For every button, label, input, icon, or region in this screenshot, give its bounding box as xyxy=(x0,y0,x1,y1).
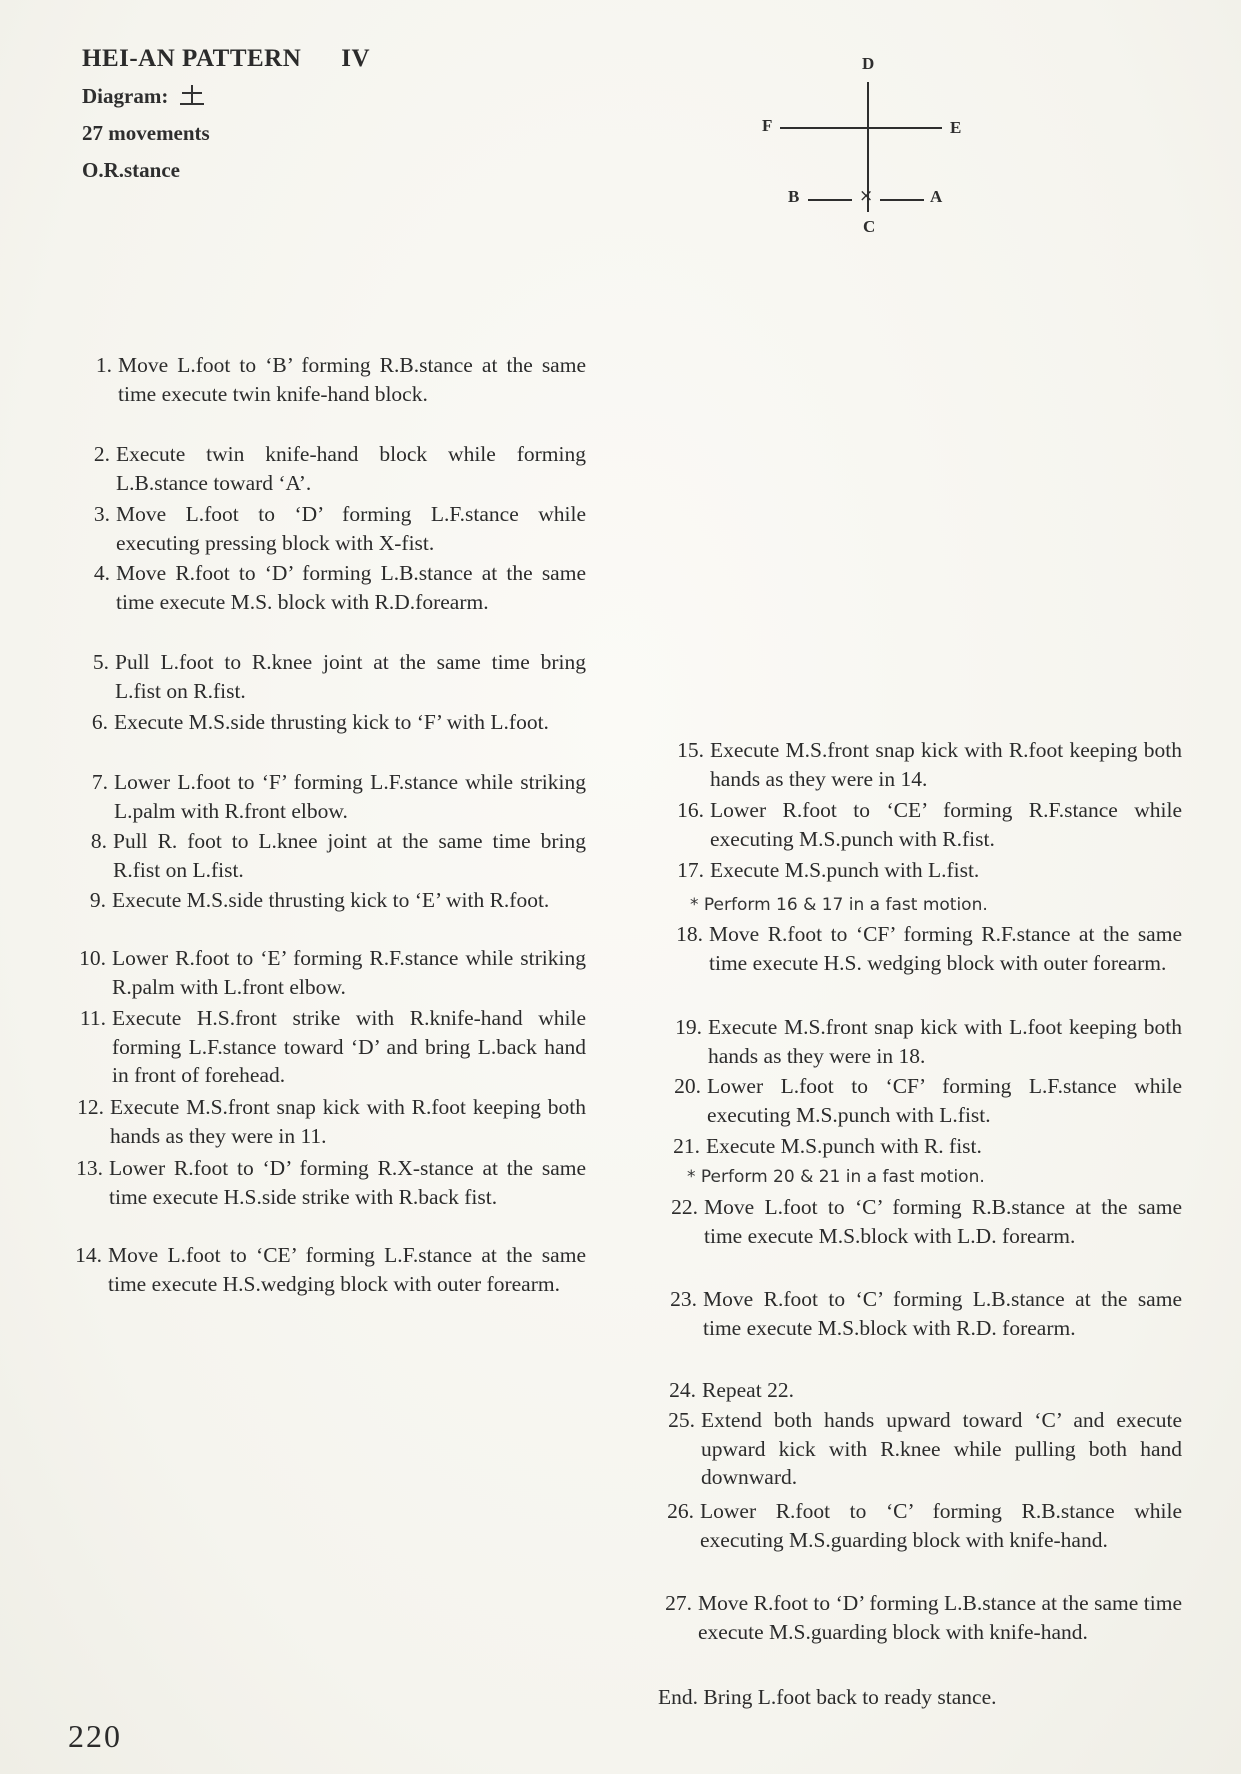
movement-number: 5. xyxy=(69,648,109,677)
direction-label-c: C xyxy=(863,217,875,237)
movement-item: 4. Move R.foot to ‘D’ forming L.B.stance… xyxy=(116,559,586,616)
movement-number: 25. xyxy=(655,1406,695,1435)
diagram-label: Diagram: xyxy=(82,84,168,108)
movement-item: 23. Move R.foot to ‘C’ forming L.B.stanc… xyxy=(703,1285,1182,1342)
movement-text: Move R.foot to ‘D’ forming L.B.stance at… xyxy=(698,1591,1182,1644)
movement-text: Pull R. foot to L.knee joint at the same… xyxy=(113,829,586,882)
movement-text: Pull L.foot to R.knee joint at the same … xyxy=(115,650,586,703)
movement-item: 19. Execute M.S.front snap kick with L.f… xyxy=(708,1013,1182,1070)
movement-text: Move R.foot to ‘D’ forming L.B.stance at… xyxy=(116,561,586,614)
movement-number: 14. xyxy=(62,1241,102,1270)
stance-label: O.R.stance xyxy=(82,152,370,189)
a-line xyxy=(880,199,924,201)
movement-item: 22. Move L.foot to ‘C’ forming R.B.stanc… xyxy=(704,1193,1182,1250)
movement-item: 21. Execute M.S.punch with R. fist. xyxy=(706,1132,1182,1161)
movement-item: 12. Execute M.S.front snap kick with R.f… xyxy=(110,1093,586,1150)
page-number: 220 xyxy=(68,1718,122,1755)
movement-item: 10. Lower R.foot to ‘E’ forming R.F.stan… xyxy=(112,944,586,1001)
movement-text: Execute M.S.punch with R. fist. xyxy=(706,1134,982,1158)
movement-text: Extend both hands upward toward ‘C’ and … xyxy=(701,1408,1182,1489)
movement-item: 18. Move R.foot to ‘CF’ forming R.F.stan… xyxy=(709,920,1182,977)
movement-item: 20. Lower L.foot to ‘CF’ forming L.F.sta… xyxy=(707,1072,1182,1129)
end-line: End. Bring L.foot back to ready stance. xyxy=(658,1683,1178,1712)
movement-text: Move L.foot to ‘C’ forming R.B.stance at… xyxy=(704,1195,1182,1248)
horizontal-line xyxy=(780,127,942,129)
movement-text: Move L.foot to ‘CE’ forming L.F.stance a… xyxy=(108,1243,586,1296)
movement-number: 26. xyxy=(654,1497,694,1526)
movement-item: 5. Pull L.foot to R.knee joint at the sa… xyxy=(115,648,586,705)
movement-number: 4. xyxy=(70,559,110,588)
movement-text: Move R.foot to ‘C’ forming L.B.stance at… xyxy=(703,1287,1182,1340)
movement-text: Lower R.foot to ‘E’ forming R.F.stance w… xyxy=(112,946,586,999)
movement-number: 24. xyxy=(656,1376,696,1405)
movement-number: 12. xyxy=(64,1093,104,1122)
movement-number: 7. xyxy=(68,768,108,797)
movement-number: 15. xyxy=(664,736,704,765)
start-point-x-icon: × xyxy=(859,186,873,206)
tu-character-icon xyxy=(180,85,204,105)
direction-label-e: E xyxy=(950,118,961,138)
movement-number: 6. xyxy=(68,708,108,737)
movement-number: 23. xyxy=(657,1285,697,1314)
movement-number: 9. xyxy=(66,886,106,915)
movement-number: 17. xyxy=(664,856,704,885)
movement-item: 17. Execute M.S.punch with L.fist. xyxy=(710,856,1182,885)
movement-item: 15. Execute M.S.front snap kick with R.f… xyxy=(710,736,1182,793)
b-line xyxy=(808,199,852,201)
movement-number: 19. xyxy=(662,1013,702,1042)
movement-number: 22. xyxy=(658,1193,698,1222)
movement-item: 2. Execute twin knife-hand block while f… xyxy=(116,440,586,497)
pattern-header: HEI-AN PATTERNIV Diagram: 27 movements O… xyxy=(82,44,370,189)
direction-label-b: B xyxy=(788,187,799,207)
movement-item: 11. Execute H.S.front strike with R.knif… xyxy=(112,1004,586,1090)
movement-item: 3. Move L.foot to ‘D’ forming L.F.stance… xyxy=(116,500,586,557)
movement-text: Execute twin knife-hand block while form… xyxy=(116,442,586,495)
movement-item: 13. Lower R.foot to ‘D’ forming R.X-stan… xyxy=(109,1154,586,1211)
movement-item: 16. Lower R.foot to ‘CE’ forming R.F.sta… xyxy=(710,796,1182,853)
movement-item: 1. Move L.foot to ‘B’ forming R.B.stance… xyxy=(118,351,586,408)
movement-number: 11. xyxy=(66,1004,106,1033)
direction-diagram: D F E B × A C xyxy=(740,50,980,250)
movement-text: Move L.foot to ‘D’ forming L.F.stance wh… xyxy=(116,502,586,555)
page-title: HEI-AN PATTERNIV xyxy=(82,44,370,74)
movement-text: Lower R.foot to ‘CE’ forming R.F.stance … xyxy=(710,798,1182,851)
movement-item: 7. Lower L.foot to ‘F’ forming L.F.stanc… xyxy=(114,768,586,825)
title-roman-numeral: IV xyxy=(341,45,370,72)
movement-item: 8. Pull R. foot to L.knee joint at the s… xyxy=(113,827,586,884)
movement-text: Execute M.S.front snap kick with L.foot … xyxy=(708,1015,1182,1068)
movement-number: 1. xyxy=(72,351,112,380)
movement-number: 27. xyxy=(652,1589,692,1618)
movement-text: Lower L.foot to ‘CF’ forming L.F.stance … xyxy=(707,1074,1182,1127)
movement-number: 21. xyxy=(660,1132,700,1161)
movement-text: Lower R.foot to ‘D’ forming R.X-stance a… xyxy=(109,1156,586,1209)
book-page: HEI-AN PATTERNIV Diagram: 27 movements O… xyxy=(0,0,1241,1774)
movement-item: 9. Execute M.S.side thrusting kick to ‘E… xyxy=(112,886,586,915)
movement-text: Lower L.foot to ‘F’ forming L.F.stance w… xyxy=(114,770,586,823)
fast-motion-note: * Perform 16 & 17 in a fast motion. xyxy=(690,893,988,917)
movement-number: 2. xyxy=(70,440,110,469)
movement-text: Execute M.S.front snap kick with R.foot … xyxy=(710,738,1182,791)
movement-text: Execute M.S.side thrusting kick to ‘F’ w… xyxy=(114,710,549,734)
movement-number: 10. xyxy=(66,944,106,973)
movement-number: 20. xyxy=(661,1072,701,1101)
movement-item: 6. Execute M.S.side thrusting kick to ‘F… xyxy=(114,708,586,737)
movement-count: 27 movements xyxy=(82,115,370,152)
movement-number: 16. xyxy=(664,796,704,825)
title-text: HEI-AN PATTERN xyxy=(82,45,301,72)
movement-text: Execute M.S.side thrusting kick to ‘E’ w… xyxy=(112,888,549,912)
movement-text: Repeat 22. xyxy=(702,1378,794,1402)
movement-text: Execute M.S.punch with L.fist. xyxy=(710,858,979,882)
movement-number: 13. xyxy=(63,1154,103,1183)
movement-text: Execute M.S.front snap kick with R.foot … xyxy=(110,1095,586,1148)
direction-label-a: A xyxy=(930,187,942,207)
direction-label-f: F xyxy=(762,116,772,136)
movement-item: 14. Move L.foot to ‘CE’ forming L.F.stan… xyxy=(108,1241,586,1298)
direction-label-d: D xyxy=(862,54,874,74)
movement-item: 25. Extend both hands upward toward ‘C’ … xyxy=(701,1406,1182,1492)
fast-motion-note: * Perform 20 & 21 in a fast motion. xyxy=(687,1165,985,1189)
movement-number: 3. xyxy=(70,500,110,529)
movement-item: 27. Move R.foot to ‘D’ forming L.B.stanc… xyxy=(698,1589,1182,1646)
movement-text: Move L.foot to ‘B’ forming R.B.stance at… xyxy=(118,353,586,406)
movement-number: 18. xyxy=(663,920,703,949)
movement-text: Move R.foot to ‘CF’ forming R.F.stance a… xyxy=(709,922,1182,975)
movement-number: 8. xyxy=(67,827,107,856)
movement-item: 24. Repeat 22. xyxy=(702,1376,1182,1405)
movement-item: 26. Lower R.foot to ‘C’ forming R.B.stan… xyxy=(700,1497,1182,1554)
movement-text: Execute H.S.front strike with R.knife-ha… xyxy=(112,1006,586,1087)
diagram-line: Diagram: xyxy=(82,78,370,115)
movement-text: Lower R.foot to ‘C’ forming R.B.stance w… xyxy=(700,1499,1182,1552)
